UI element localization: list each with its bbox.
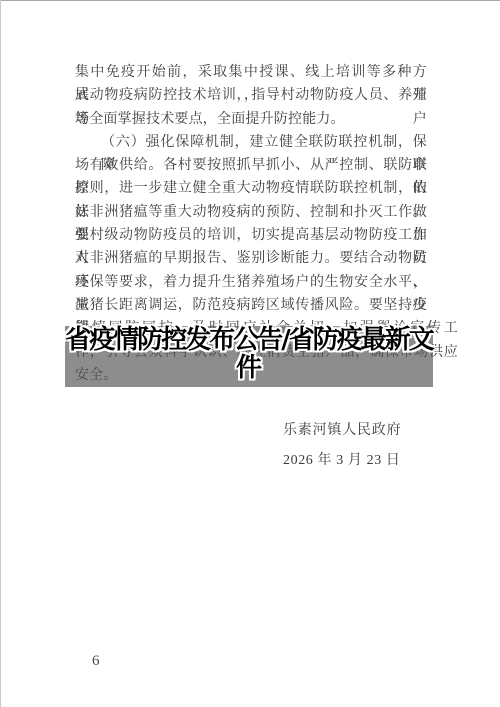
- body-line: 展动物疫病防控技术培训，指导村动物防疫人员、养殖场户: [75, 84, 427, 107]
- government-signature: 乐素河镇人民政府: [283, 419, 401, 443]
- body-line: 强村级动物防疫员的培训，切实提高基层动物防疫工作人员: [75, 224, 427, 247]
- left-border-line: [0, 0, 1, 707]
- banner-title: 省疫情防控发布公告/省防疫最新文 件: [61, 326, 437, 382]
- banner-title-line1: 省疫情防控发布公告/省防疫最新文: [61, 326, 437, 354]
- body-line: 场有效供给。各村要按照抓早抓小、从严控制、联防联控的: [75, 154, 427, 177]
- body-line: 集中免疫开始前，采取集中授课、线上培训等多种方式，开: [75, 61, 427, 84]
- top-border-line: [0, 0, 500, 1]
- document-date: 2026 年 3 月 23 日: [283, 449, 401, 473]
- body-line: 对非洲猪瘟的早期报告、鉴别诊断能力。要结合动物防疫、: [75, 247, 427, 270]
- signature-block: 乐素河镇人民政府 2026 年 3 月 23 日: [283, 419, 401, 473]
- body-line: 好非洲猪瘟等重大动物疫病的预防、控制和扑灭工作。要加: [75, 201, 427, 224]
- body-line: 原则，进一步建立健全重大动物疫情联防联控机制，依法做: [75, 177, 427, 200]
- body-line: 生猪长距离调运，防范疫病跨区域传播风险。要坚持疫情、: [75, 294, 427, 317]
- document-page: 集中免疫开始前，采取集中授课、线上培训等多种方式，开展动物疫病防控技术培训，指导…: [0, 0, 500, 707]
- banner-title-line2: 件: [61, 354, 437, 382]
- body-line: （六）强化保障机制，建立健全联防联控机制，保障市: [75, 131, 427, 154]
- page-number: 6: [92, 653, 100, 669]
- body-line: 环保等要求，着力提升生猪养殖场户的生物安全水平，减少: [75, 271, 427, 294]
